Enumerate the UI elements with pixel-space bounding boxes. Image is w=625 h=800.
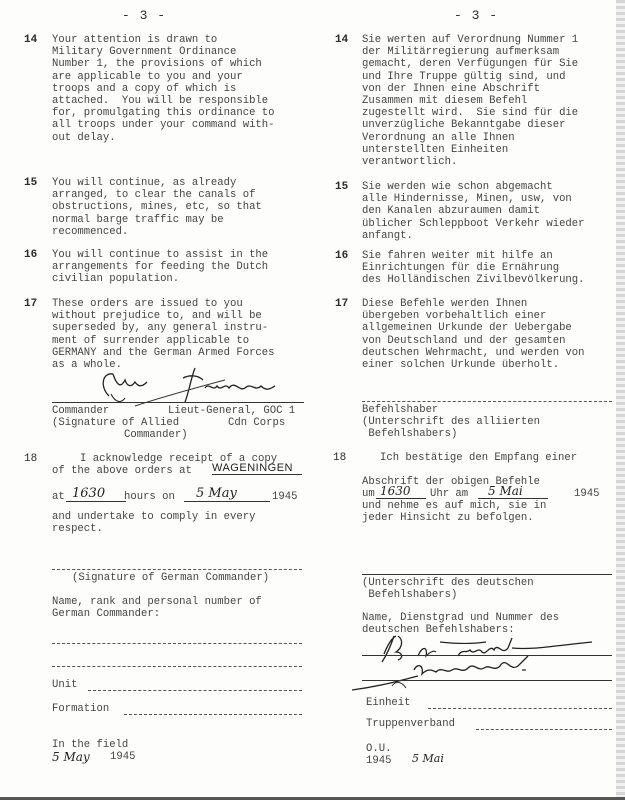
receipt-line2: of the above orders at	[52, 465, 192, 477]
corps-label: Cdn Corps	[228, 417, 285, 429]
paragraph-14-en: Your attention is drawn to Military Gove…	[52, 34, 275, 144]
allied-signature-line-de	[362, 401, 612, 402]
unit-label: Unit	[52, 679, 77, 691]
signature-caption-de-2: Befehlshabers)	[362, 428, 457, 440]
page-number-left: - 3 -	[122, 8, 166, 23]
receipt-line4: and undertake to comply in every	[52, 511, 255, 523]
name-rank-line-de-2	[362, 680, 612, 681]
date-year-de: 1945	[366, 755, 391, 767]
time-field: 1630	[66, 486, 126, 502]
truppenverband-line	[476, 729, 612, 730]
receipt-de-line4: und nehme es auf mich, sie in	[362, 500, 546, 512]
paragraph-17-de: Diese Befehle werden Ihnen übergeben vor…	[362, 298, 585, 371]
receipt-hours-on: hours on	[124, 491, 175, 503]
befehlshaber-label: Befehlshaber	[362, 404, 438, 416]
receipt-at: at	[52, 491, 65, 503]
unit-line	[88, 690, 302, 691]
ou-label: O.U.	[366, 743, 391, 755]
rank-label: Lieut-General, GOC 1	[168, 405, 295, 417]
name-rank-line-1	[52, 643, 302, 644]
german-sig-caption-de-2: Befehlshabers)	[362, 589, 457, 601]
name-rank-line-de-1	[362, 655, 612, 656]
german-signature-line	[52, 569, 302, 570]
name-rank-label-2: German Commander:	[52, 608, 160, 620]
document-page: - 3 - 14 Your attention is drawn to Mili…	[0, 0, 625, 800]
receipt-de-uhr-am: Uhr am	[430, 488, 468, 500]
name-rank-de-1: Name, Dienstgrad und Nummer des	[362, 612, 559, 624]
date-year: 1945	[110, 751, 135, 763]
name-rank-label-1: Name, rank and personal number of	[52, 596, 262, 608]
date-field: 5 May	[184, 486, 270, 502]
handwritten-date-de: 5 Mai	[412, 752, 444, 765]
paragraph-number: 14	[24, 34, 37, 46]
paragraph-number: 17	[24, 298, 37, 310]
paragraph-number: 15	[24, 177, 37, 189]
truppenverband-label: Truppenverband	[366, 718, 455, 730]
paragraph-16-en: You will continue to assist in the arran…	[52, 249, 268, 286]
signature-caption-line2: Commander)	[124, 429, 188, 441]
receipt-de-line5: jeder Hinsicht zu befolgen.	[362, 512, 534, 524]
name-rank-line-2	[52, 666, 302, 667]
german-sig-caption-de-1: (Unterschrift des deutschen	[362, 577, 534, 589]
paragraph-number: 18	[24, 453, 37, 465]
handwritten-date: 5 May	[52, 750, 90, 764]
paragraph-16-de: Sie fahren weiter mit hilfe an Einrichtu…	[362, 250, 585, 287]
page-number-right: - 3 -	[454, 8, 498, 23]
einheit-label: Einheit	[366, 697, 411, 709]
paragraph-14-de: Sie werten auf Verordnung Nummer 1 der M…	[362, 34, 578, 168]
paragraph-number: 16	[24, 249, 37, 261]
signature-caption-line1: (Signature of Allied	[52, 417, 179, 429]
receipt-de-um: um	[362, 488, 375, 500]
formation-line	[124, 714, 302, 715]
time-field-de: 1630	[376, 484, 426, 499]
einheit-line	[428, 708, 612, 709]
paragraph-number: 17	[335, 298, 348, 310]
paragraph-number: 15	[335, 181, 348, 193]
receipt-year: 1945	[272, 491, 297, 503]
receipt-de-line1: Ich bestätige den Empfang einer	[380, 452, 577, 464]
german-signature-caption: (Signature of German Commander)	[72, 572, 269, 584]
receipt-de-year: 1945	[574, 488, 599, 500]
paragraph-17-en: These orders are issued to you without p…	[52, 298, 275, 371]
formation-label: Formation	[52, 703, 109, 715]
paragraph-number: 18	[333, 452, 346, 464]
paragraph-15-de: Sie werden wie schon abgemacht alle Hind…	[362, 181, 585, 242]
page-edge	[616, 0, 625, 800]
signature-caption-de-1: (Unterschrift des alliierten	[362, 416, 540, 428]
date-field-de: 5 Mai	[478, 484, 548, 499]
german-signature-line-de	[362, 574, 612, 575]
allied-signature-line	[52, 402, 304, 403]
paragraph-number: 14	[335, 34, 348, 46]
paragraph-number: 16	[335, 250, 348, 262]
paragraph-15-en: You will continue, as already arranged, …	[52, 177, 262, 238]
german-commander-signature	[362, 626, 622, 701]
receipt-line5: respect.	[52, 523, 103, 535]
commander-label: Commander	[52, 405, 109, 417]
place-field: WAGENINGEN	[212, 462, 302, 475]
